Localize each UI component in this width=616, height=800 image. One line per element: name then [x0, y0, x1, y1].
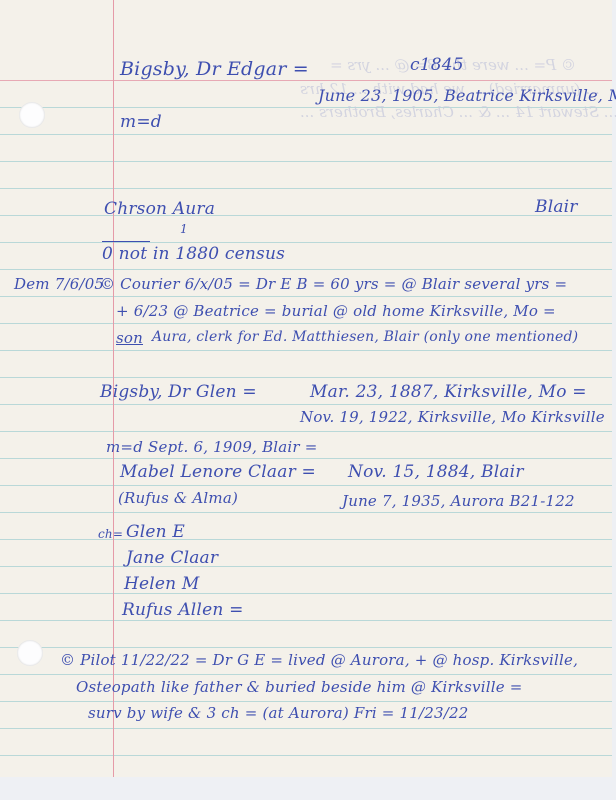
subject-death: June 23, 1905, Beatrice Kirksville, Mo	[318, 86, 616, 105]
bleed-through-line: ... Stewart 14 ... & ... Charles, Brothe…	[300, 103, 616, 121]
child-3: Helen M	[124, 574, 200, 594]
footnote-line-1: © Pilot 11/22/22 = Dr G E = lived @ Auro…	[60, 651, 578, 669]
wife-birth: Nov. 15, 1884, Blair	[348, 462, 524, 482]
child-1: Glen E	[126, 522, 185, 542]
obit-line-1: © Courier 6/x/05 = Dr E B = 60 yrs = @ B…	[100, 275, 567, 293]
son-death: Nov. 19, 1922, Kirksville, Mo Kirksville	[300, 408, 605, 426]
child-2: Jane Claar	[126, 548, 218, 568]
obit-margin-note: Dem 7/6/05	[14, 275, 104, 293]
lined-paper: © P= ... were the B= @ ... yrs = ... (un…	[0, 0, 612, 777]
obit-line-2: + 6/23 @ Beatrice = burial @ old home Ki…	[116, 302, 556, 320]
marriage-label: m=d	[120, 112, 162, 132]
son-marriage: m=d Sept. 6, 1909, Blair =	[106, 438, 318, 456]
spouse-name: Chrson Aura	[104, 199, 215, 219]
son-name: Bigsby, Dr Glen =	[100, 382, 257, 402]
spouse-underline	[102, 241, 150, 242]
spouse-mark: 1	[180, 222, 188, 236]
subject-birth: c1845	[410, 55, 464, 75]
footnote-line-3: surv by wife & 3 ch = (at Aurora) Fri = …	[88, 704, 469, 722]
subject-name: Bigsby, Dr Edgar =	[120, 58, 309, 80]
obit-line-3: Aura, clerk for Ed. Matthiesen, Blair (o…	[152, 329, 578, 345]
footnote-line-2: Osteopath like father & buried beside hi…	[76, 678, 523, 696]
wife-death: June 7, 1935, Aurora B21-122	[342, 492, 575, 510]
punch-hole-top	[19, 102, 45, 128]
punch-hole-bottom	[17, 640, 43, 666]
wife-name: Mabel Lenore Claar =	[120, 462, 316, 482]
census-note: 0 not in 1880 census	[102, 244, 285, 264]
son-birth: Mar. 23, 1887, Kirksville, Mo =	[310, 382, 587, 402]
child-4: Rufus Allen =	[122, 600, 244, 620]
spouse-place: Blair	[535, 197, 578, 217]
children-label: ch=	[98, 527, 123, 541]
obit-son-label: son	[116, 329, 143, 347]
wife-parents: (Rufus & Alma)	[118, 489, 238, 507]
